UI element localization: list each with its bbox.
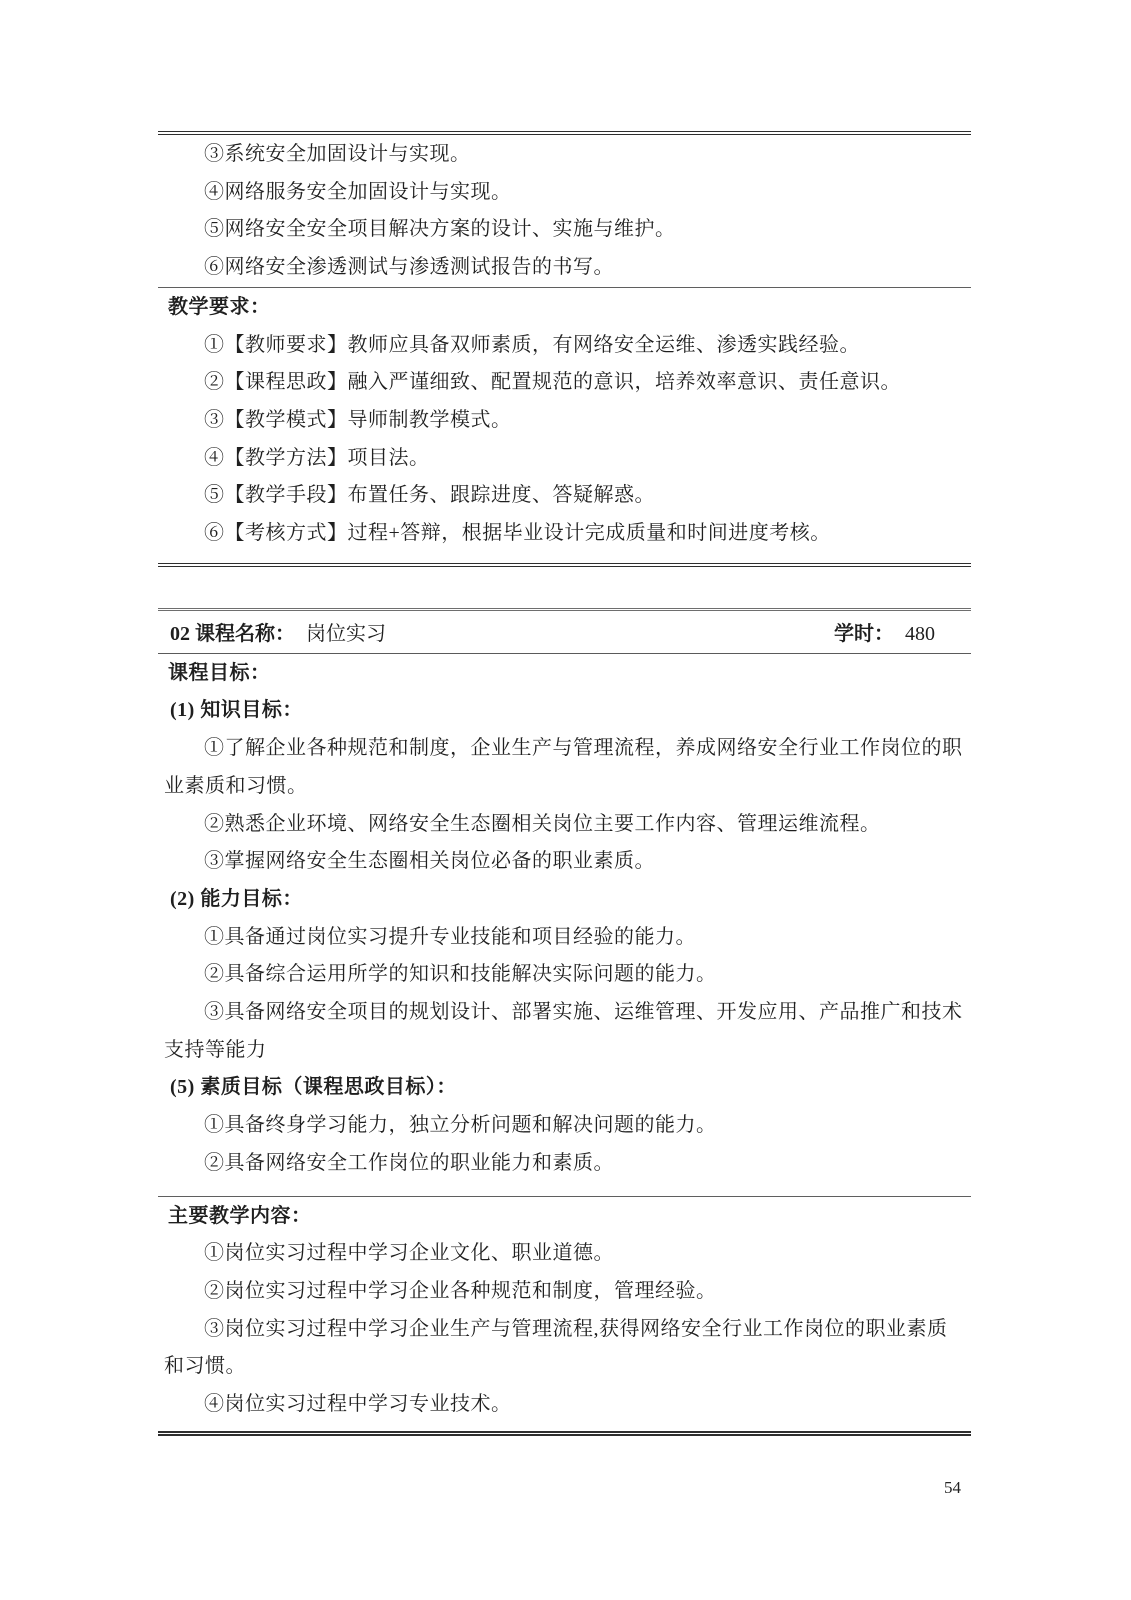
- objective-item: ②具备网络安全工作岗位的职业能力和素质。: [164, 1145, 965, 1183]
- course-hours: 学时： 480: [834, 617, 935, 646]
- content-item: ③岗位实习过程中学习企业生产与管理流程,获得网络安全行业工作岗位的职业素质和习惯…: [164, 1311, 965, 1386]
- teaching-requirements-section: 教学要求： ①【教师要求】教师应具备双师素质，有网络安全运维、渗透实践经验。 ②…: [158, 288, 971, 563]
- course-title: 02 课程名称： 岗位实习: [170, 617, 386, 646]
- document-page: ③系统安全加固设计与实现。 ④网络服务安全加固设计与实现。 ⑤网络安全安全项目解…: [0, 0, 1131, 1600]
- section-gap: [158, 567, 971, 608]
- content-item: ③系统安全加固设计与实现。: [164, 136, 965, 174]
- content-item: ①岗位实习过程中学习企业文化、职业道德。: [164, 1235, 965, 1273]
- content-item: ②岗位实习过程中学习企业各种规范和制度，管理经验。: [164, 1273, 965, 1311]
- objective-item: ③掌握网络安全生态圈相关岗位必备的职业素质。: [164, 843, 965, 881]
- teaching-requirements-heading: 教学要求：: [164, 289, 965, 327]
- course-number-label: 02 课程名称：: [170, 623, 295, 645]
- objective-item: ①了解企业各种规范和制度，企业生产与管理流程，养成网络安全行业工作岗位的职业素质…: [164, 730, 965, 805]
- objective-item: ①具备通过岗位实习提升专业技能和项目经验的能力。: [164, 919, 965, 957]
- objective-item: ②具备综合运用所学的知识和技能解决实际问题的能力。: [164, 956, 965, 994]
- objective-item: ①具备终身学习能力，独立分析问题和解决问题的能力。: [164, 1107, 965, 1145]
- objective-group-title: (5) 素质目标（课程思政目标）：: [164, 1069, 965, 1107]
- content-item: ⑤网络安全安全项目解决方案的设计、实施与维护。: [164, 211, 965, 249]
- requirement-item: ⑥【考核方式】过程+答辩，根据毕业设计完成质量和时间进度考核。: [164, 515, 965, 553]
- requirement-item: ③【教学模式】导师制教学模式。: [164, 402, 965, 440]
- table-bottom-border: [158, 1431, 971, 1436]
- course-objectives-section: 课程目标： (1) 知识目标： ①了解企业各种规范和制度，企业生产与管理流程，养…: [158, 654, 971, 1196]
- teaching-content-heading: 主要教学内容：: [164, 1198, 965, 1236]
- content-item: ⑥网络安全渗透测试与渗透测试报告的书写。: [164, 249, 965, 287]
- requirement-item: ①【教师要求】教师应具备双师素质，有网络安全运维、渗透实践经验。: [164, 327, 965, 365]
- objective-group-title: (2) 能力目标：: [164, 881, 965, 919]
- content-item: ④网络服务安全加固设计与实现。: [164, 174, 965, 212]
- objective-group-title: (1) 知识目标：: [164, 692, 965, 730]
- teaching-content-section: 主要教学内容： ①岗位实习过程中学习企业文化、职业道德。 ②岗位实习过程中学习企…: [158, 1197, 971, 1431]
- hours-value: 480: [905, 623, 935, 645]
- prev-course-content-items: ③系统安全加固设计与实现。 ④网络服务安全加固设计与实现。 ⑤网络安全安全项目解…: [158, 135, 971, 287]
- course-name: 岗位实习: [306, 623, 386, 645]
- course-header-row: 02 课程名称： 岗位实习 学时： 480: [158, 608, 971, 654]
- content-item: ④岗位实习过程中学习专业技术。: [164, 1386, 965, 1424]
- objective-item: ③具备网络安全项目的规划设计、部署实施、运维管理、开发应用、产品推广和技术支持等…: [164, 994, 965, 1069]
- page-number: 54: [944, 1478, 961, 1498]
- requirement-item: ②【课程思政】融入严谨细致、配置规范的意识，培养效率意识、责任意识。: [164, 364, 965, 402]
- requirement-item: ⑤【教学手段】布置任务、跟踪进度、答疑解惑。: [164, 477, 965, 515]
- course-objectives-heading: 课程目标：: [164, 655, 965, 693]
- syllabus-table: ③系统安全加固设计与实现。 ④网络服务安全加固设计与实现。 ⑤网络安全安全项目解…: [158, 131, 971, 1436]
- objective-item: ②熟悉企业环境、网络安全生态圈相关岗位主要工作内容、管理运维流程。: [164, 806, 965, 844]
- hours-label: 学时：: [834, 623, 894, 645]
- requirement-item: ④【教学方法】项目法。: [164, 440, 965, 478]
